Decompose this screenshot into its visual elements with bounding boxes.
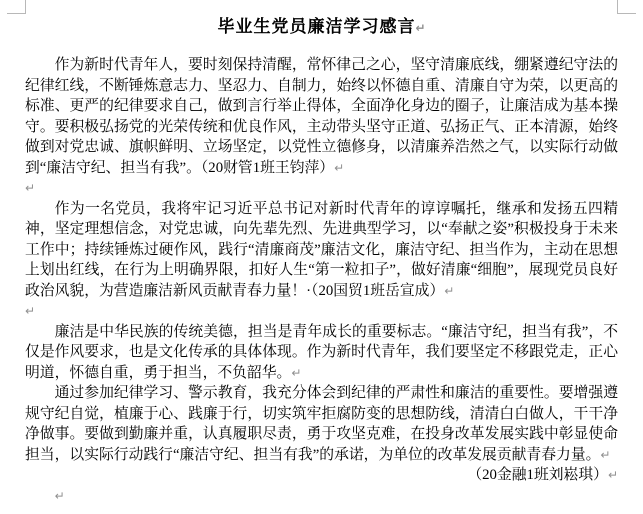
paragraph-mark-icon: ↵ [25,304,35,318]
paragraph-mark-icon: ↵ [55,489,65,503]
paragraph-2[interactable]: 作为一名党员，我将牢记习近平总书记对新时代青年的谆谆嘱托，继承和发扬五四精神，坚… [25,199,618,302]
empty-paragraph-2[interactable]: ↵ [25,301,618,322]
paragraph-2-text: 作为一名党员，我将牢记习近平总书记对新时代青年的谆谆嘱托，继承和发扬五四精神，坚… [25,201,618,299]
paragraph-3-text: 廉洁是中华民族的传统美德，担当是青年成长的重要标志。“廉洁守纪，担当有我”，不仅… [25,324,618,381]
paragraph-mark-icon: ↵ [25,181,35,195]
paragraph-1[interactable]: 作为新时代青年人，要时刻保持清醒，常怀律己之心，坚守清廉底线，绷紧遵纪守法的纪律… [25,55,618,178]
signature-line[interactable]: （20金融1班刘崧琪）↵ [25,465,618,486]
paragraph-mark-icon: ↵ [291,366,301,380]
document-content[interactable]: 毕业生党员廉洁学习感言↵ 作为新时代青年人，要时刻保持清醒，常怀律己之心，坚守清… [25,12,618,506]
paragraph-mark-icon: ↵ [415,21,425,35]
empty-paragraph-1[interactable]: ↵ [25,178,618,199]
paragraph-3[interactable]: 廉洁是中华民族的传统美德，担当是青年成长的重要标志。“廉洁守纪，担当有我”，不仅… [25,322,618,384]
paragraph-4[interactable]: 通过参加纪律学习、警示教育，我充分体会到纪律的严肃性和廉洁的重要性。要增强遵规守… [25,383,618,465]
paragraph-1-text: 作为新时代青年人，要时刻保持清醒，常怀律己之心，坚守清廉底线，绷紧遵纪守法的纪律… [25,57,618,176]
document-page: 毕业生党员廉洁学习感言↵ 作为新时代青年人，要时刻保持清醒，常怀律己之心，坚守清… [0,0,643,514]
paragraph-4-text: 通过参加纪律学习、警示教育，我充分体会到纪律的严肃性和廉洁的重要性。要增强遵规守… [25,385,618,463]
text-boundary-mark-top-right [617,0,636,14]
text-boundary-mark-top-left [7,0,26,14]
paragraph-mark-icon: ↵ [444,284,454,298]
paragraph-mark-icon: ↵ [608,468,618,482]
paragraph-mark-icon: ↵ [600,448,610,462]
document-title[interactable]: 毕业生党员廉洁学习感言↵ [25,12,618,43]
empty-paragraph-3[interactable]: ↵ [25,486,618,507]
document-title-text: 毕业生党员廉洁学习感言 [217,17,415,36]
paragraph-mark-icon: ↵ [334,161,344,175]
signature-text: （20金融1班刘崧琪） [467,467,608,483]
